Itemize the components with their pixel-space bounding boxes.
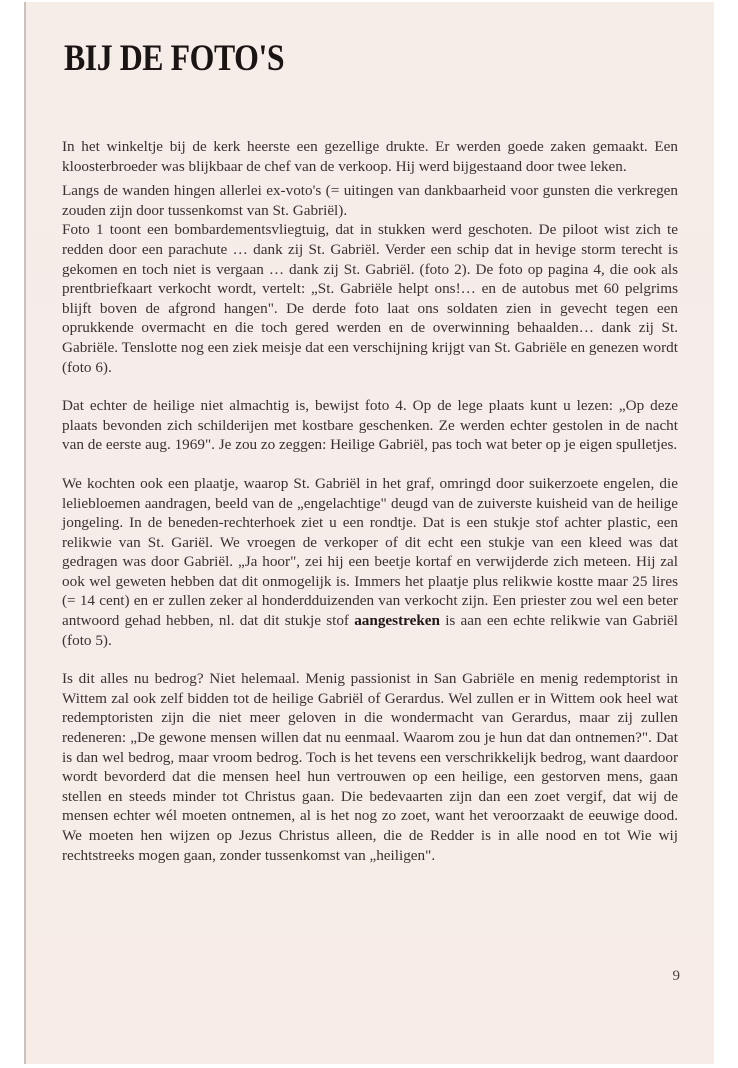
page-number: 9 (640, 968, 680, 985)
paragraph-deception: Is dit alles nu bedrog? Niet helemaal. M… (62, 669, 678, 865)
paragraph-shop: In het winkeltje bij de kerk heerste een… (62, 137, 678, 176)
paragraph-photo-4: Dat echter de heilige niet almachtig is,… (62, 396, 678, 455)
bold-term: aangestreken (354, 612, 440, 629)
paragraph-photos: Foto 1 toont een bombardementsvliegtuig,… (62, 220, 678, 377)
article-body: In het winkeltje bij de kerk heerste een… (62, 137, 678, 865)
document-page: BIJ DE FOTO'S In het winkeltje bij de ke… (24, 2, 714, 1064)
page-title: BIJ DE FOTO'S (64, 40, 284, 77)
paragraph-relic: We kochten ook een plaatje, waarop St. G… (62, 474, 678, 650)
paragraph-ex-votos: Langs de wanden hingen allerlei ex-voto'… (62, 181, 678, 220)
relic-text-start: We kochten ook een plaatje, waarop St. G… (62, 475, 678, 629)
